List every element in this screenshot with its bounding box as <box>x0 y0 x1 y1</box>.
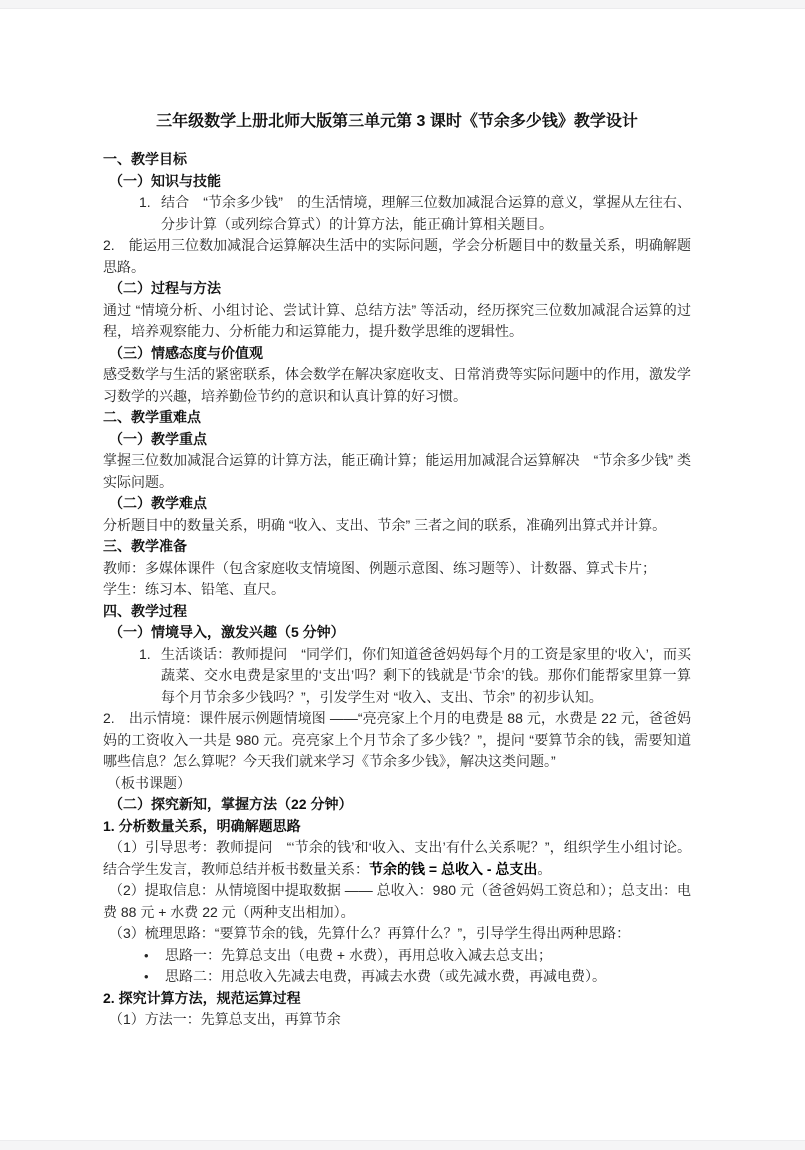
list-item-text: 结合 “节余多少钱” 的生活情境，理解三位数加减混合运算的意义，掌握从左往右、分… <box>161 194 691 232</box>
list-item-text: 生活谈话：教师提问 “同学们，你们知道爸爸妈妈每个月的工资是家里的‘收入’，而买… <box>161 646 691 705</box>
bullet-text: 思路一：先算总支出（电费 + 水费），再用总收入减去总支出； <box>165 947 552 963</box>
heading-objectives: 一、教学目标 <box>103 149 691 171</box>
heading-part2-explore: （二）探究新知，掌握方法（22 分钟） <box>103 794 691 816</box>
thought-route-2: • 思路二：用总收入先减去电费，再减去水费（或先减水费，再减电费）。 <box>103 966 691 988</box>
bullet-icon: • <box>144 945 149 967</box>
heading-step2-calc-method: 2. 探究计算方法，规范运算过程 <box>103 988 691 1010</box>
objective-item-2: 2. 能运用三位数加减混合运算解决生活中的实际问题，学会分析题目中的数量关系，明… <box>103 235 691 278</box>
quantity-relation-formula: 节余的钱 = 总收入 - 总支出 <box>369 861 537 877</box>
bullet-text: 思路二：用总收入先减去电费，再减去水费（或先减水费，再减电费）。 <box>165 968 606 984</box>
key-point-body: 掌握三位数加减混合运算的计算方法，能正确计算；能运用加减混合运算解决 “节余多少… <box>103 450 691 493</box>
process-method-body: 通过 “情境分析、小组讨论、尝试计算、总结方法” 等活动，经历探究三位数加减混合… <box>103 300 691 343</box>
objective-item-1: 1. 结合 “节余多少钱” 的生活情境，理解三位数加减混合运算的意义，掌握从左往… <box>103 192 691 235</box>
difficult-point-body: 分析题目中的数量关系，明确 “收入、支出、节余” 三者之间的联系，准确列出算式并… <box>103 515 691 537</box>
list-number-marker: 1. <box>139 644 151 666</box>
part1-item-2: 2. 出示情境：课件展示例题情境图 ——“亮亮家上个月的电费是 88 元，水费是… <box>103 708 691 773</box>
doc-title: 三年级数学上册北师大版第三单元第 3 课时《节余多少钱》教学设计 <box>103 110 691 134</box>
heading-emotion-value: （三）情感态度与价值观 <box>103 343 691 365</box>
step2-method-1: （1）方法一：先算总支出，再算节余 <box>103 1009 691 1031</box>
heading-key-difficult: 二、教学重难点 <box>103 407 691 429</box>
emotion-value-body: 感受数学与生活的紧密联系，体会数学在解决家庭收支、日常消费等实际问题中的作用，激… <box>103 364 691 407</box>
heading-knowledge-skills: （一）知识与技能 <box>103 171 691 193</box>
page-top-edge <box>0 0 805 9</box>
board-writing-note: （板书课题） <box>103 773 691 795</box>
step1-guide-thinking: （1）引导思考：教师提问 “‘节余的钱’和‘收入、支出’有什么关系呢？”，组织学… <box>103 837 691 880</box>
part1-item-1: 1. 生活谈话：教师提问 “同学们，你们知道爸爸妈妈每个月的工资是家里的‘收入’… <box>103 644 691 709</box>
lesson-plan-document: 三年级数学上册北师大版第三单元第 3 课时《节余多少钱》教学设计 一、教学目标 … <box>103 110 691 1031</box>
step1-sort-ideas: （3）梳理思路：“要算节余的钱，先算什么？再算什么？”，引导学生得出两种思路： <box>103 923 691 945</box>
step1-extract-info: （2）提取信息：从情境图中提取数据 —— 总收入：980 元（爸爸妈妈工资总和）… <box>103 880 691 923</box>
thought-route-1: • 思路一：先算总支出（电费 + 水费），再用总收入减去总支出； <box>103 945 691 967</box>
page-bottom-edge <box>0 1140 805 1150</box>
bullet-icon: • <box>144 966 149 988</box>
heading-preparation: 三、教学准备 <box>103 536 691 558</box>
heading-step1-analyze: 1. 分析数量关系，明确解题思路 <box>103 816 691 838</box>
heading-difficult-point: （二）教学难点 <box>103 493 691 515</box>
list-number-marker: 1. <box>139 192 151 214</box>
paragraph-text: 。 <box>537 861 551 877</box>
preparation-teacher: 教师：多媒体课件（包含家庭收支情境图、例题示意图、练习题等）、计数器、算式卡片； <box>103 558 691 580</box>
heading-teaching-process: 四、教学过程 <box>103 601 691 623</box>
preparation-student: 学生：练习本、铅笔、直尺。 <box>103 579 691 601</box>
heading-process-method: （二）过程与方法 <box>103 278 691 300</box>
heading-key-point: （一）教学重点 <box>103 429 691 451</box>
heading-part1-intro: （一）情境导入，激发兴趣（5 分钟） <box>103 622 691 644</box>
